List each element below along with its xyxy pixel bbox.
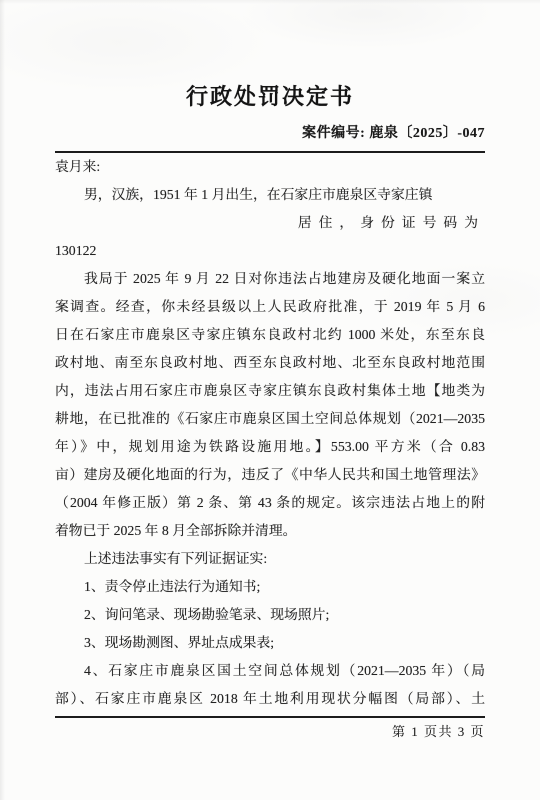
document-title: 行政处罚决定书: [55, 0, 485, 112]
evidence-item-4-line-1: 4、石家庄市鹿泉区国土空间总体规划（2021—2035 年）（局: [55, 657, 485, 685]
page-number: 第 1 页共 3 页: [55, 723, 485, 741]
evidence-item-2: 2、询问笔录、现场勘验笔录、现场照片;: [55, 601, 485, 629]
evidence-intro: 上述违法事实有下列证据证实:: [55, 545, 485, 573]
personal-info-line-3: 130122: [55, 237, 485, 265]
case-number: 案件编号: 鹿泉〔2025〕-047: [55, 124, 485, 144]
recipient-name: 袁月来:: [55, 153, 485, 181]
body-line-6: 耕地，在已批准的《石家庄市鹿泉区国土空间总体规划（2021—2035: [55, 405, 485, 433]
body-line-5: 内，违法占用石家庄市鹿泉区寺家庄镇东良政村集体土地【地类为: [55, 377, 485, 405]
document-page: 行政处罚决定书 案件编号: 鹿泉〔2025〕-047 袁月来: 男，汉族，195…: [0, 0, 540, 800]
body-line-7: 年）》中，规划用途为铁路设施用地。】553.00 平方米（合 0.83: [55, 433, 485, 461]
document-body: 袁月来: 男，汉族，1951 年 1 月出生，在石家庄市鹿泉区寺家庄镇 居住，身…: [55, 153, 485, 713]
body-line-2: 案调查。经查，你未经县级以上人民政府批准，于 2019 年 5 月 6: [55, 293, 485, 321]
body-line-4: 政村地、南至东良政村地、西至东良政村地、北至东良政村地范围: [55, 349, 485, 377]
evidence-item-3: 3、现场勘测图、界址点成果表;: [55, 629, 485, 657]
body-line-3: 日在石家庄市鹿泉区寺家庄镇东良政村北约 1000 米处，东至东良: [55, 321, 485, 349]
personal-info-line-2: 居住，身份证号码为: [55, 209, 485, 237]
body-line-1: 我局于 2025 年 9 月 22 日对你违法占地建房及硬化地面一案立: [55, 265, 485, 293]
personal-info-line-1: 男，汉族，1951 年 1 月出生，在石家庄市鹿泉区寺家庄镇: [55, 181, 485, 209]
evidence-item-4-line-2: 部）、石家庄市鹿泉区 2018 年土地利用现状分幅图（局部）、土: [55, 685, 485, 713]
body-line-10: 着物已于 2025 年 8 月全部拆除并清理。: [55, 517, 485, 545]
document-content: 行政处罚决定书 案件编号: 鹿泉〔2025〕-047 袁月来: 男，汉族，195…: [55, 0, 485, 741]
body-line-8: 亩）建房及硬化地面的行为，违反了《中华人民共和国土地管理法》: [55, 461, 485, 489]
footer-rule: [55, 716, 485, 718]
evidence-item-1: 1、责令停止违法行为通知书;: [55, 573, 485, 601]
body-line-9: （2004 年修正版）第 2 条、第 43 条的规定。该宗违法占地上的附: [55, 489, 485, 517]
